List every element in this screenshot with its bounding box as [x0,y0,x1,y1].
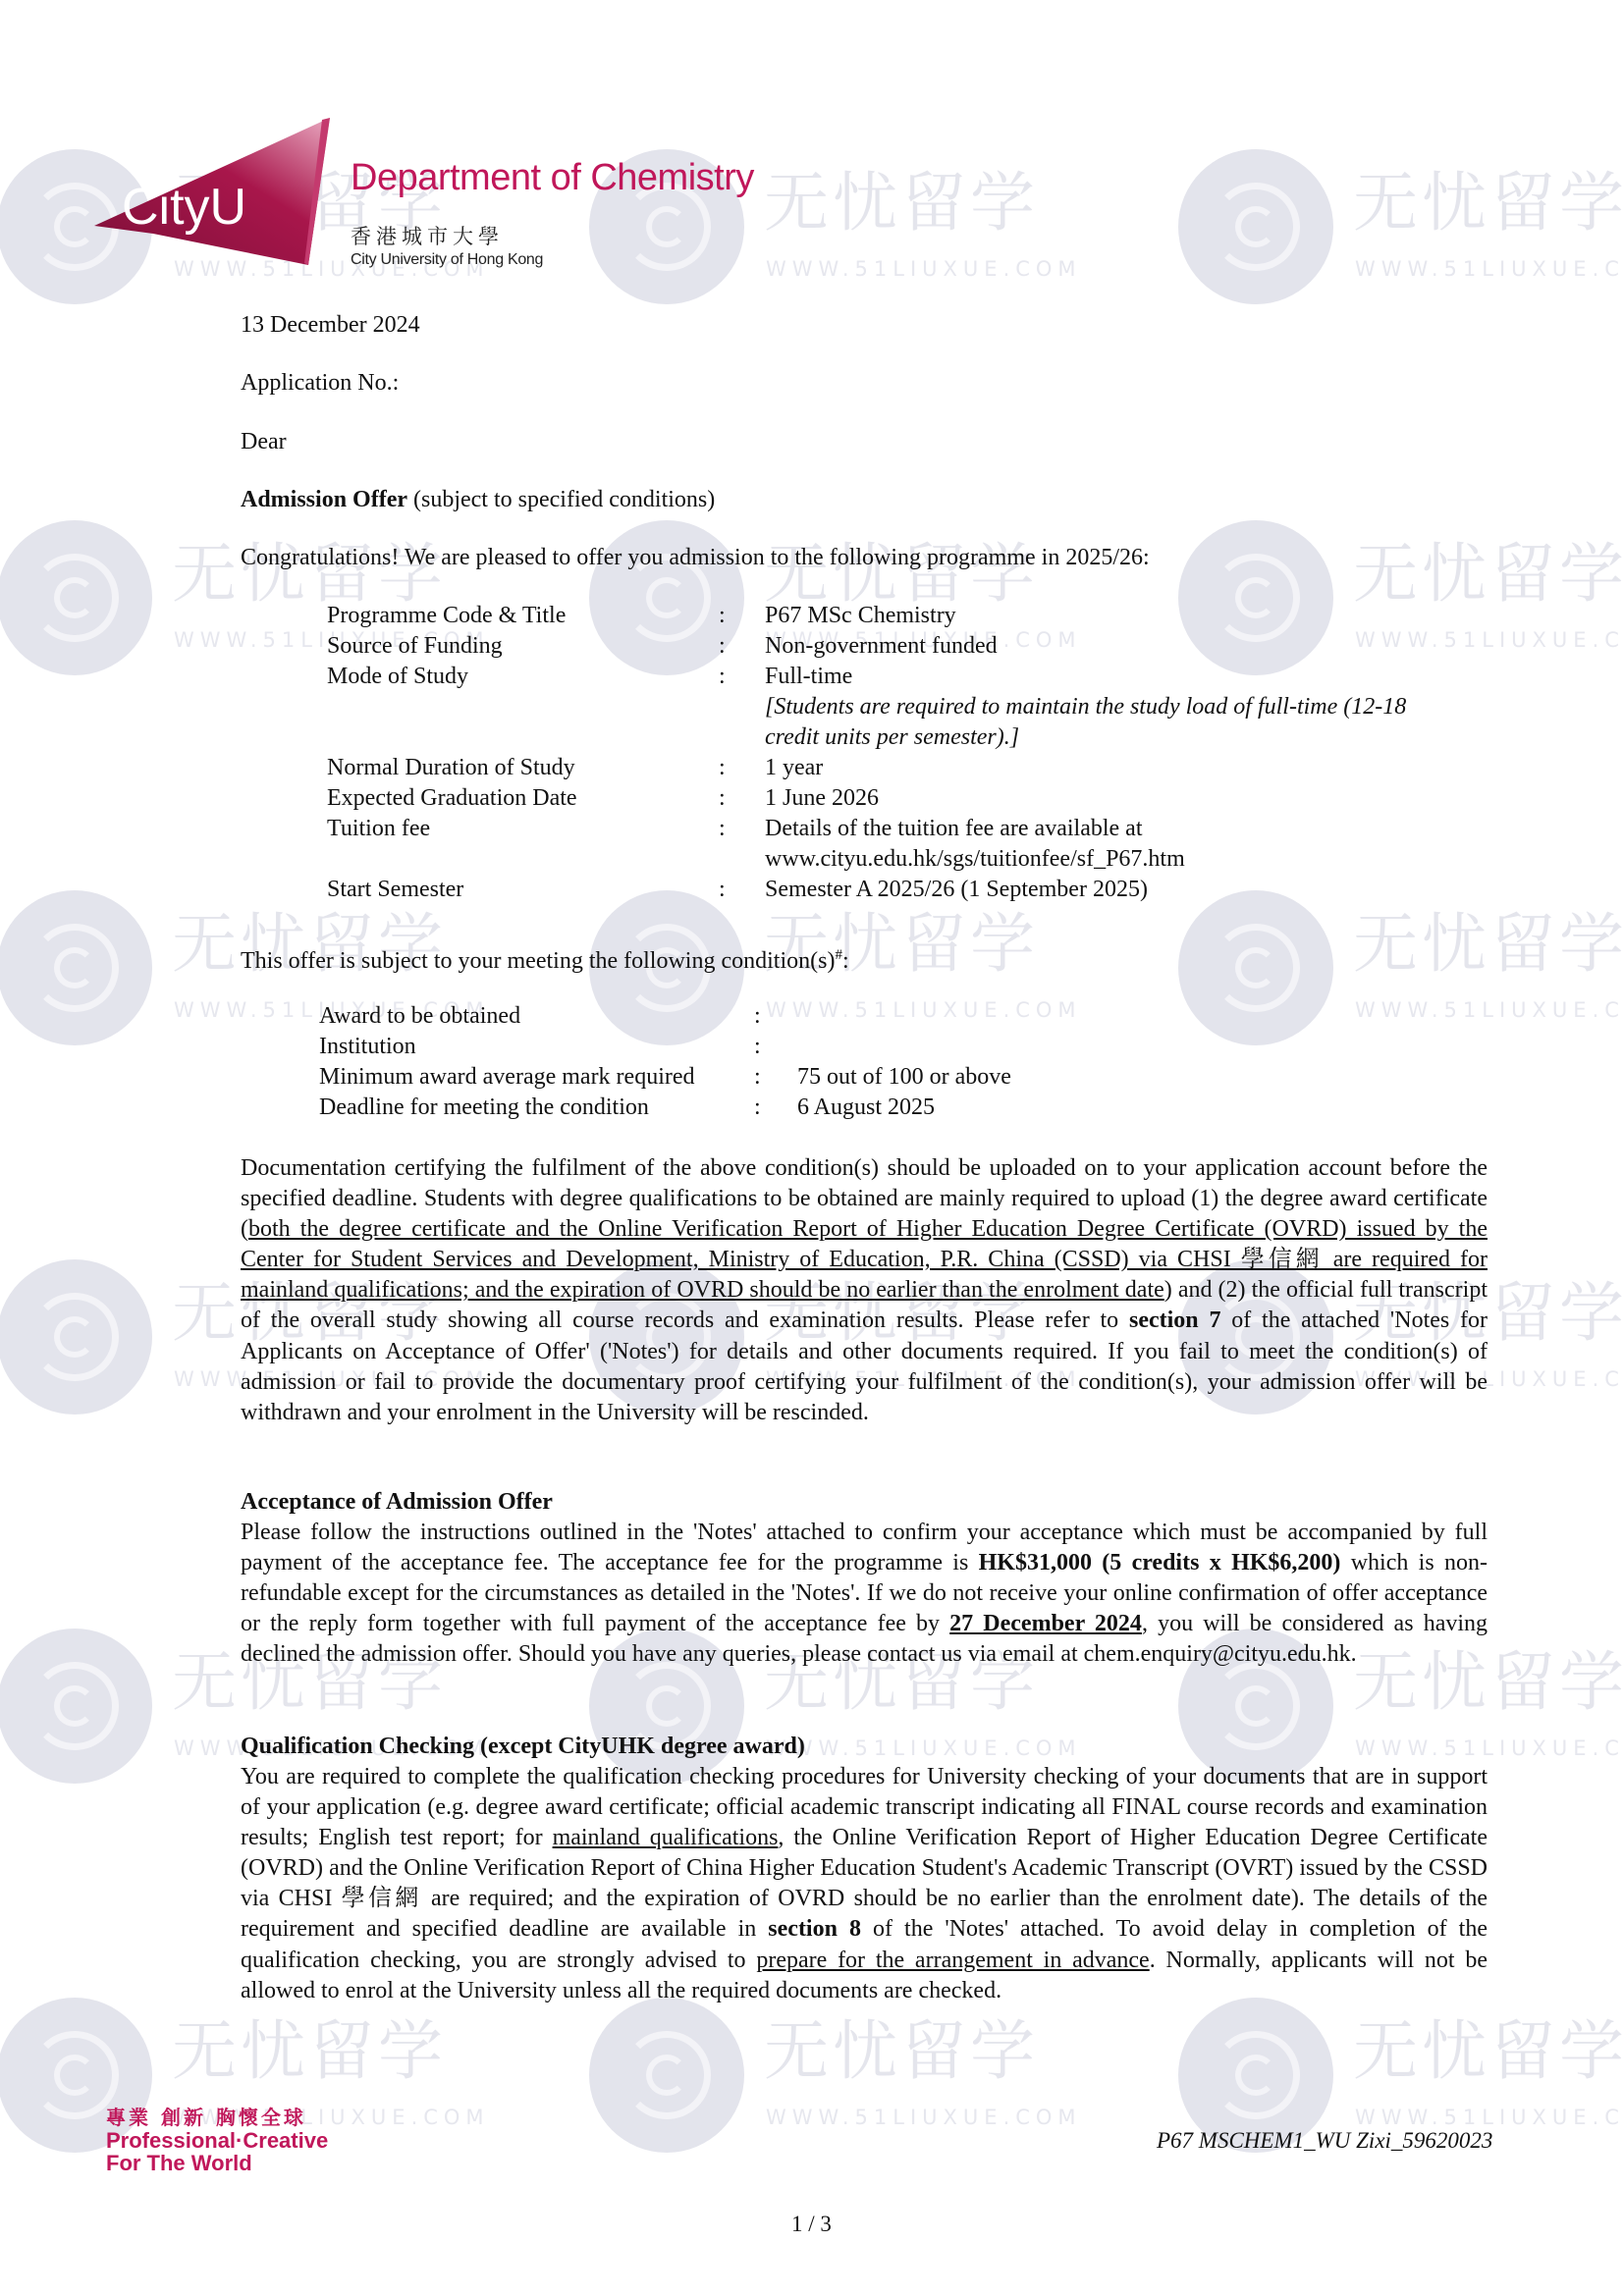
colon: : [719,631,726,662]
mode-note-line1: [Students are required to maintain the s… [765,692,1406,722]
offer-subject: Admission Offer (subject to specified co… [241,485,715,515]
motto-en-line2: For The World [106,2152,328,2174]
funding-label: Source of Funding [327,631,503,662]
programme-label: Programme Code & Title [327,601,566,631]
deadline-value: 6 August 2025 [797,1093,935,1123]
duration-label: Normal Duration of Study [327,753,575,783]
institution-label: Institution [319,1032,416,1062]
letter-page: CityU Department of Chemistry 香港城市大學 Cit… [0,0,1623,2296]
conditions-intro: This offer is subject to your meeting th… [241,940,849,977]
university-name-en: City University of Hong Kong [351,251,543,269]
award-label: Award to be obtained [319,1001,520,1032]
offer-subject-rest: (subject to specified conditions) [407,487,715,512]
letter-date: 13 December 2024 [241,310,420,341]
tuition-url[interactable]: www.cityu.edu.hk/sgs/tuitionfee/sf_P67.h… [765,844,1185,875]
programme-value: P67 MSc Chemistry [765,601,956,631]
acceptance-heading: Acceptance of Admission Offer [241,1487,553,1518]
cityu-logo: CityU [94,116,340,273]
tuition-value: Details of the tuition fee are available… [765,814,1143,844]
duration-value: 1 year [765,753,823,783]
colon: : [754,1001,761,1032]
document-reference: P67 MSCHEM1_WU Zixi_59620023 [1157,2128,1492,2154]
funding-value: Non-government funded [765,631,998,662]
motto-cn: 專業 創新 胸懷全球 [106,2106,328,2129]
min-mark-label: Minimum award average mark required [319,1062,695,1093]
motto-en-line1: Professional·Creative [106,2129,328,2152]
mode-note-line2: credit units per semester).] [765,722,1019,753]
university-motto: 專業 創新 胸懷全球 Professional·Creative For The… [106,2106,328,2174]
colon: : [719,875,726,905]
tuition-label: Tuition fee [327,814,430,844]
colon: : [754,1093,761,1123]
mode-value: Full-time [765,662,852,692]
graduation-value: 1 June 2026 [765,783,879,814]
colon: : [754,1062,761,1093]
colon: : [719,662,726,692]
acceptance-deadline: 27 December 2024 [949,1611,1142,1636]
min-mark-value: 75 out of 100 or above [797,1062,1011,1093]
acceptance-fee: HK$31,000 (5 credits x HK$6,200) [979,1550,1341,1575]
qualification-heading: Qualification Checking (except CityUHK d… [241,1732,805,1762]
offer-intro: Congratulations! We are pleased to offer… [241,543,1150,573]
colon: : [719,814,726,844]
section-7-ref: section 7 [1129,1308,1220,1333]
colon: : [719,753,726,783]
page-number: 1 / 3 [0,2212,1623,2237]
start-semester-label: Start Semester [327,875,463,905]
acceptance-paragraph: Please follow the instructions outlined … [241,1518,1488,1670]
qualification-paragraph: You are required to complete the qualifi… [241,1762,1488,2006]
documentation-paragraph: Documentation certifying the fulfilment … [241,1153,1488,1428]
prepare-arrangement-link[interactable]: prepare for the arrangement in advance [756,1948,1149,1973]
colon: : [754,1032,761,1062]
deadline-label: Deadline for meeting the condition [319,1093,649,1123]
university-name-cn: 香港城市大學 [351,221,504,250]
mode-label: Mode of Study [327,662,468,692]
section-8-ref: section 8 [768,1916,861,1942]
offer-subject-bold: Admission Offer [241,487,407,512]
department-name: Department of Chemistry [351,157,754,199]
colon: : [719,601,726,631]
application-number: Application No.: [241,368,399,399]
start-semester-value: Semester A 2025/26 (1 September 2025) [765,875,1148,905]
salutation: Dear [241,427,287,457]
graduation-label: Expected Graduation Date [327,783,577,814]
mainland-qualifications-link[interactable]: mainland qualifications [553,1825,779,1850]
colon: : [719,783,726,814]
svg-text:CityU: CityU [122,179,246,236]
